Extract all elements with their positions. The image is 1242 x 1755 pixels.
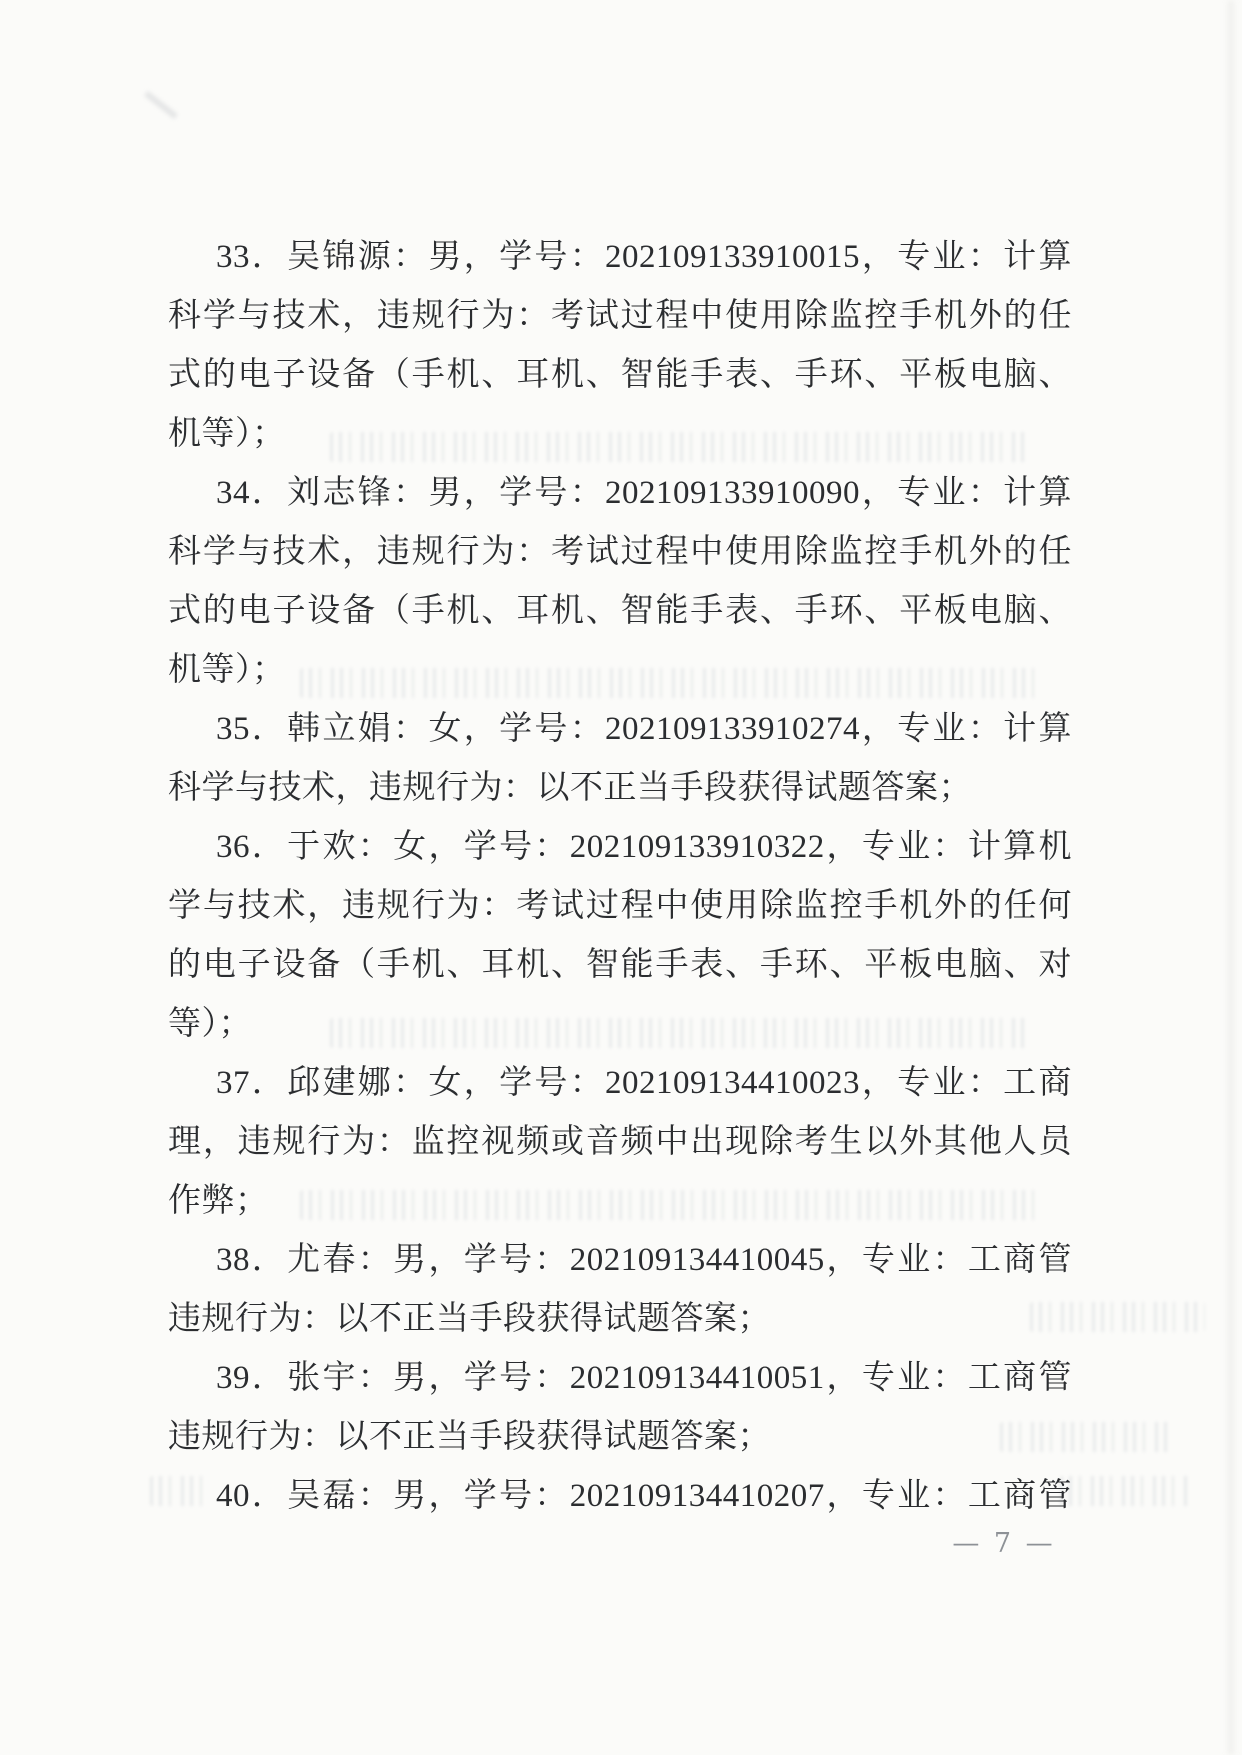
- bleed-through-artifact: [1060, 1476, 1190, 1506]
- violation-item-35: 35．韩立娟：女，学号：202109133910274，专业：计算机科学与技术，…: [168, 700, 1072, 818]
- text-line: 科学与技术，违规行为：考试过程中使用除监控手机外的任何形: [168, 287, 1072, 346]
- text-line: 违规行为：以不正当手段获得试题答案；: [168, 1290, 1072, 1349]
- text-line: 机等）；: [168, 641, 1072, 700]
- violation-list: 33．吴锦源：男，学号：202109133910015，专业：计算机科学与技术，…: [168, 228, 1072, 1526]
- text-line: 学与技术，违规行为：考试过程中使用除监控手机外的任何形式: [168, 877, 1072, 936]
- text-line: 33．吴锦源：男，学号：202109133910015，专业：计算机: [168, 228, 1072, 287]
- violation-item-37: 37．邱建娜：女，学号：202109134410023，专业：工商管理，违规行为…: [168, 1054, 1072, 1231]
- text-line: 科学与技术，违规行为：考试过程中使用除监控手机外的任何形: [168, 523, 1072, 582]
- text-line: 39．张宇：男，学号：202109134410051，专业：工商管理，: [168, 1349, 1072, 1408]
- text-line: 违规行为：以不正当手段获得试题答案；: [168, 1408, 1072, 1467]
- scan-corner-artifact: [144, 91, 178, 119]
- violation-item-34: 34．刘志锋：男，学号：202109133910090，专业：计算机科学与技术，…: [168, 464, 1072, 700]
- text-line: 机等）；: [168, 405, 1072, 464]
- document-page: 33．吴锦源：男，学号：202109133910015，专业：计算机科学与技术，…: [0, 0, 1242, 1755]
- text-line: 式的电子设备（手机、耳机、智能手表、手环、平板电脑、对讲: [168, 346, 1072, 405]
- page-number: — 7 —: [948, 1527, 1060, 1561]
- violation-item-33: 33．吴锦源：男，学号：202109133910015，专业：计算机科学与技术，…: [168, 228, 1072, 464]
- text-line: 34．刘志锋：男，学号：202109133910090，专业：计算机: [168, 464, 1072, 523]
- text-line: 理，违规行为：监控视频或音频中出现除考生以外其他人员涉嫌: [168, 1113, 1072, 1172]
- text-line: 38．尤春：男，学号：202109134410045，专业：工商管理，: [168, 1231, 1072, 1290]
- text-line: 37．邱建娜：女，学号：202109134410023，专业：工商管: [168, 1054, 1072, 1113]
- violation-item-38: 38．尤春：男，学号：202109134410045，专业：工商管理，违规行为：…: [168, 1231, 1072, 1349]
- text-line: 科学与技术，违规行为：以不正当手段获得试题答案；: [168, 759, 1072, 818]
- text-line: 作弊；: [168, 1172, 1072, 1231]
- text-line: 的电子设备（手机、耳机、智能手表、手环、平板电脑、对讲机: [168, 936, 1072, 995]
- text-line: 40．吴磊：男，学号：202109134410207，专业：工商管理，: [168, 1467, 1072, 1526]
- text-line: 35．韩立娟：女，学号：202109133910274，专业：计算机: [168, 700, 1072, 759]
- scan-edge-shading: [1228, 0, 1234, 1755]
- violation-item-36: 36．于欢：女，学号：202109133910322，专业：计算机科学与技术，违…: [168, 818, 1072, 1054]
- text-line: 式的电子设备（手机、耳机、智能手表、手环、平板电脑、对讲: [168, 582, 1072, 641]
- violation-item-40: 40．吴磊：男，学号：202109134410207，专业：工商管理，: [168, 1467, 1072, 1526]
- text-line: 等）；: [168, 995, 1072, 1054]
- violation-item-39: 39．张宇：男，学号：202109134410051，专业：工商管理，违规行为：…: [168, 1349, 1072, 1467]
- text-line: 36．于欢：女，学号：202109133910322，专业：计算机科: [168, 818, 1072, 877]
